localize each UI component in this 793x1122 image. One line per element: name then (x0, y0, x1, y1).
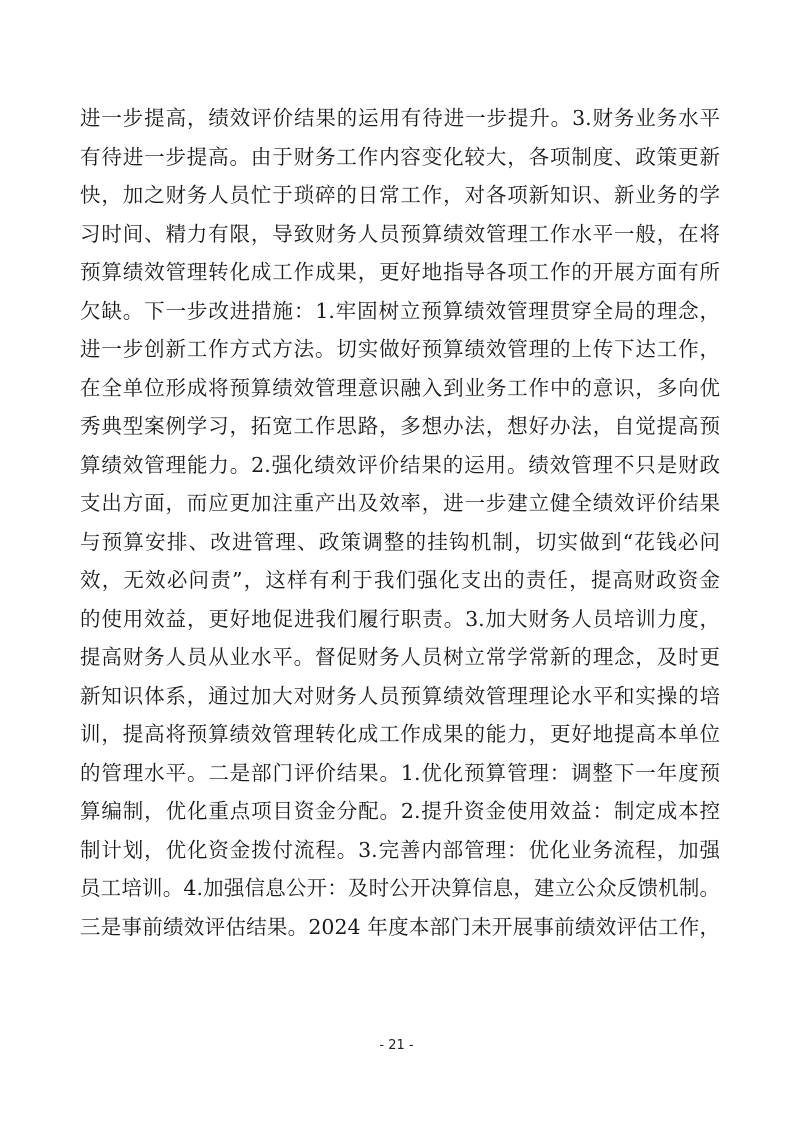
text-line: 进一步创新工作方式方法。切实做好预算绩效管理的上传下达工作， (80, 330, 720, 369)
body-text: 进一步提高，绩效评价结果的运用有待进一步提升。3.财务业务水平 有待进一步提高。… (80, 99, 720, 946)
text-line: 欠缺。下一步改进措施：1.牢固树立预算绩效管理贯穿全局的理念， (80, 292, 720, 331)
text-line: 秀典型案例学习，拓宽工作思路，多想办法，想好办法，自觉提高预 (80, 407, 720, 446)
text-line: 预算绩效管理转化成工作成果，更好地指导各项工作的开展方面有所 (80, 253, 720, 292)
text-line: 在全单位形成将预算绩效管理意识融入到业务工作中的意识，多向优 (80, 369, 720, 408)
text-line: 效，无效必问责”，这样有利于我们强化支出的责任，提高财政资金 (80, 561, 720, 600)
text-line: 制计划，优化资金拨付流程。3.完善内部管理：优化业务流程，加强 (80, 831, 720, 870)
text-line: 与预算安排、改进管理、政策调整的挂钩机制，切实做到“花钱必问 (80, 523, 720, 562)
text-line: 的使用效益，更好地促进我们履行职责。3.加大财务人员培训力度， (80, 600, 720, 639)
text-line: 新知识体系，通过加大对财务人员预算绩效管理理论水平和实操的培 (80, 677, 720, 716)
text-line: 训，提高将预算绩效管理转化成工作成果的能力，更好地提高本单位 (80, 715, 720, 754)
page-number: - 21 - (0, 1038, 793, 1053)
text-line: 算编制，优化重点项目资金分配。2.提升资金使用效益：制定成本控 (80, 792, 720, 831)
text-line: 三是事前绩效评估结果。2024 年度本部门未开展事前绩效评估工作， (80, 908, 720, 947)
text-line: 支出方面，而应更加注重产出及效率，进一步建立健全绩效评价结果 (80, 484, 720, 523)
text-line: 员工培训。4.加强信息公开：及时公开决算信息，建立公众反馈机制。 (80, 869, 720, 908)
text-line: 快，加之财务人员忙于琐碎的日常工作，对各项新知识、新业务的学 (80, 176, 720, 215)
text-line: 有待进一步提高。由于财务工作内容变化较大，各项制度、政策更新 (80, 138, 720, 177)
text-line: 进一步提高，绩效评价结果的运用有待进一步提升。3.财务业务水平 (80, 99, 720, 138)
text-line: 的管理水平。二是部门评价结果。1.优化预算管理：调整下一年度预 (80, 754, 720, 793)
text-line: 习时间、精力有限，导致财务人员预算绩效管理工作水平一般，在将 (80, 215, 720, 254)
document-page: 进一步提高，绩效评价结果的运用有待进一步提升。3.财务业务水平 有待进一步提高。… (0, 0, 793, 1122)
text-line: 算绩效管理能力。2.强化绩效评价结果的运用。绩效管理不只是财政 (80, 446, 720, 485)
text-line: 提高财务人员从业水平。督促财务人员树立常学常新的理念，及时更 (80, 638, 720, 677)
